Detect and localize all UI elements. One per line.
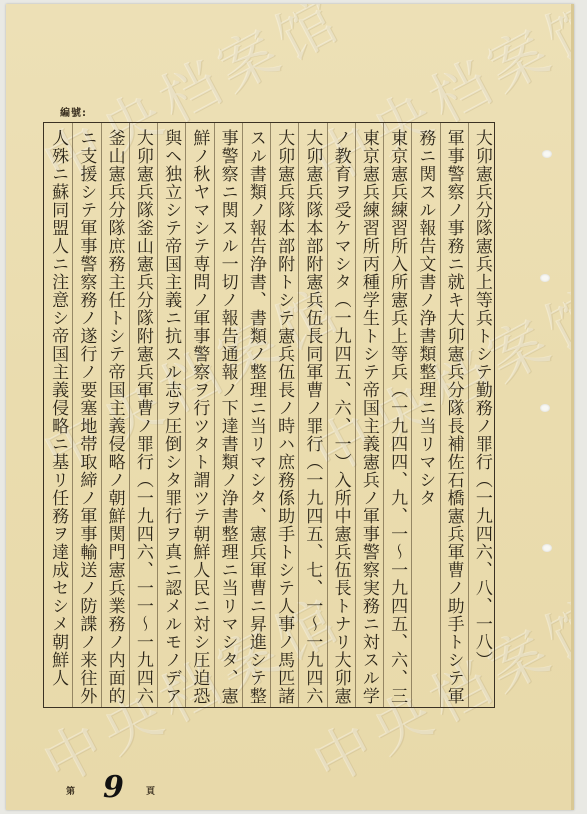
handwritten-column: 大卯憲兵隊本部附トシテ憲兵伍長ノ時ハ庶務係助手トシテ人事ノ馬匹諸物件ニ関 [271, 129, 297, 705]
handwritten-column: 東京憲兵練習所入所憲兵上等兵（一九四四、九、一〜一九四五、六、三〇） [384, 129, 410, 705]
handwritten-column: 大卯憲兵分隊憲兵上等兵トシテ勤務ノ罪行（一九四六、八、一八） [469, 129, 495, 705]
page-number: 9 [103, 770, 124, 805]
handwritten-column: 人殊ニ蘇同盟人ニ注意シ帝国主義侵略ニ基リ任務ヲ達成セシメ朝鮮人 [45, 129, 71, 705]
serial-number-label: 編號: [60, 104, 87, 119]
document-page: 中央档案馆 中央档案馆 中央档案馆 中央档案馆 中央档案馆 中央档案馆 編號: … [6, 4, 574, 810]
handwritten-column: 鮮ノ秋ヤマシテ専問ノ軍事警察ヲ行ツタト謂ツテ朝鮮人民ニ対シ圧迫恐威ヲ [186, 129, 212, 705]
manuscript-grid: 大卯憲兵分隊憲兵上等兵トシテ勤務ノ罪行（一九四六、八、一八）軍事警察ノ事務ニ就キ… [43, 122, 495, 708]
handwritten-column: ノ教育ヲ受ケマシタ（一九四五、六、一）入所中憲兵伍長トナリ大卯憲兵隊本部附ニ轉ジ… [328, 129, 354, 705]
handwritten-column: ニ支援シテ軍事警察務ノ遂行ノ要塞地帯取締ノ軍事輸送ノ防諜ノ来往外 [73, 129, 99, 705]
page-prefix: 第 [66, 784, 75, 797]
binding-hole [542, 150, 552, 158]
handwritten-column: 務ニ関スル報告文書ノ浄書類整理ニ当リマシタ [412, 129, 438, 705]
handwritten-column: 軍事警察ノ事務ニ就キ大卯憲兵分隊長補佐石橋憲兵軍曹ノ助手トシテ軍事警察 [441, 129, 467, 705]
handwritten-column: スル書類ノ報告浄書、書類ノ整理ニ当リマシタ、憲兵軍曹ニ昇進シテ整理係（庶務）ノ軍 [243, 129, 269, 705]
binding-hole [542, 544, 552, 552]
handwritten-column: 釜山憲兵分隊庶務主任トシテ帝国主義侵略ノ朝鮮関門憲兵業務ノ内面的 [102, 129, 128, 705]
page-suffix: 頁 [146, 784, 155, 797]
binding-hole [540, 274, 550, 282]
handwritten-column: 大卯憲兵隊本部附憲兵伍長同軍曹ノ罪行（一九四五、七、一〜一九四六、三） [299, 129, 325, 705]
handwritten-column: 事警察ニ関スル一切ノ報告通報ノ下達書類ノ浄書整理ニ当リマシタ、憲兵ガ朝 [215, 129, 241, 705]
handwritten-column: 與ヘ独立シテ帝国主義ニ抗スル志ヲ圧倒シタ罪行ヲ真ニ認メルモノデアリマス [158, 129, 184, 705]
binding-hole [540, 404, 550, 412]
handwritten-column: 大卯憲兵隊釜山憲兵分隊附憲兵軍曹ノ罪行（一九四六、一一〜一九四六、一〇） [130, 129, 156, 705]
handwritten-column: 東京憲兵練習所丙種学生トシテ帝国主義憲兵ノ軍事警察実務ニ対スル学術的 [356, 129, 382, 705]
